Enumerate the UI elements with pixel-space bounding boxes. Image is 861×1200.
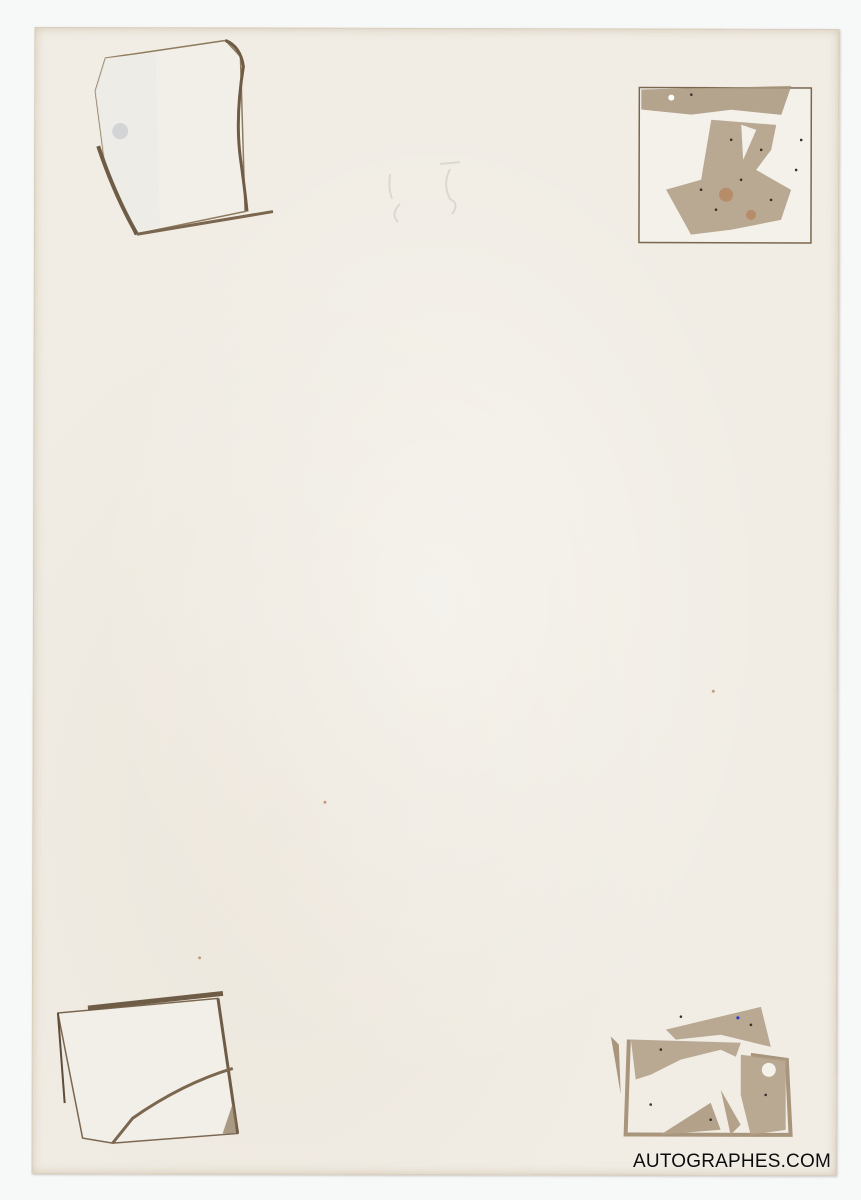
stain-speck: [323, 801, 326, 804]
hinge-top-left: [65, 36, 276, 247]
photo-card-back: [31, 27, 839, 1176]
faint-pencil-mark: [380, 144, 490, 224]
hinge-bottom-right: [591, 994, 791, 1145]
hinge-bottom-left: [53, 983, 253, 1159]
stain-speck: [198, 956, 201, 959]
watermark-text: AUTOGRAPHES.COM: [633, 1151, 831, 1173]
stain-speck: [712, 690, 715, 693]
hinge-top-right: [631, 80, 816, 250]
